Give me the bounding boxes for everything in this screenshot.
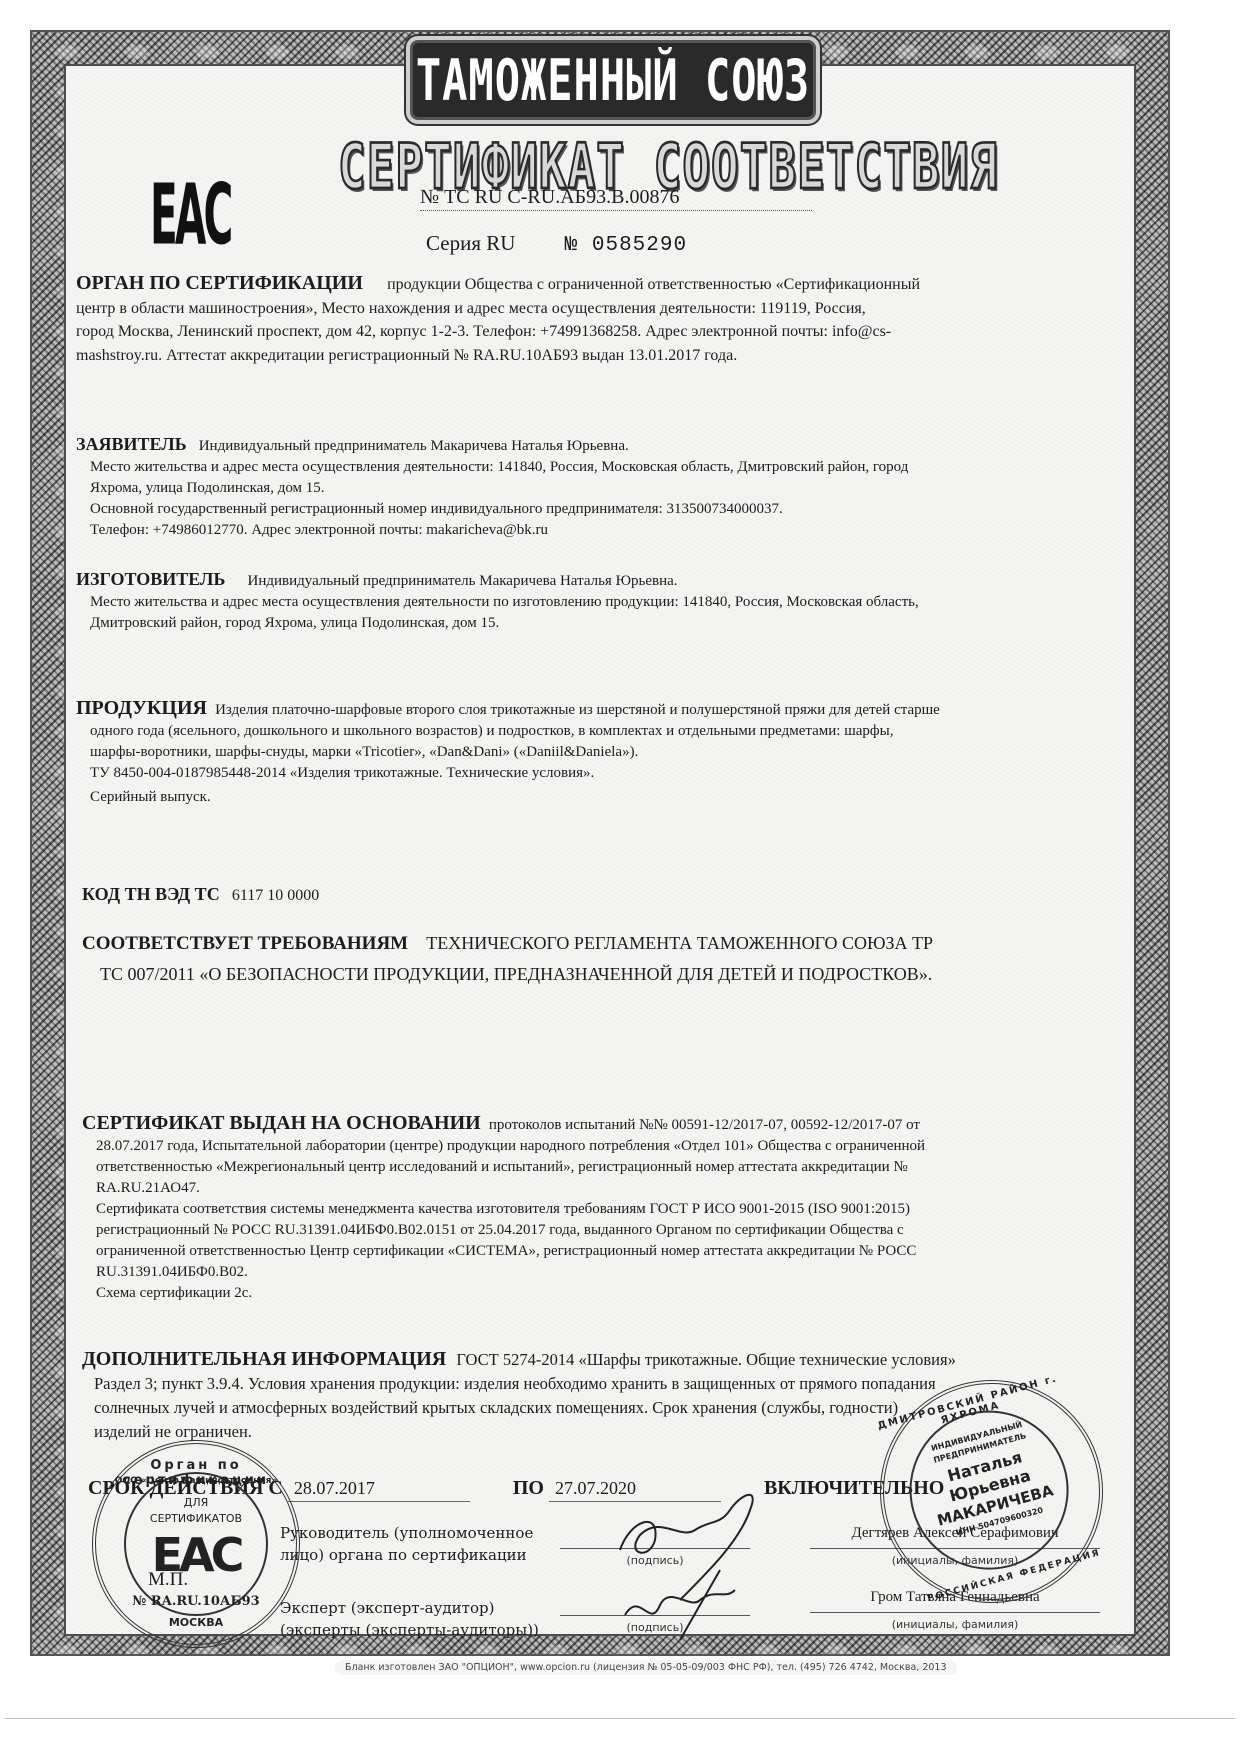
basis-text: регистрационный № РОСС RU.31391.04ИБФ0.В… [82, 1220, 1122, 1241]
applicant-text: Яхрома, улица Подолинская, дом 15. [76, 478, 1116, 499]
basis-text: RA.RU.21АО47. [82, 1178, 1122, 1199]
certification-body-label: ОРГАН ПО СЕРТИФИКАЦИИ [76, 272, 363, 294]
compliance-label: СООТВЕТСТВУЕТ ТРЕБОВАНИЯМ [82, 933, 408, 954]
product-text: Изделия платочно-шарфовые второго слоя т… [215, 702, 940, 718]
expert-label-line: (эксперты (эксперты-аудиторы)) [280, 1619, 539, 1641]
expert-name-field: Гром Татьяна Геннадьевна (инициалы, фами… [810, 1586, 1100, 1636]
expert-label-line: Эксперт (эксперт-аудитор) [280, 1597, 539, 1619]
validity-date-from: 28.07.2017 [288, 1477, 470, 1502]
head-name: Дегтярев Алексей Серафимович [810, 1522, 1100, 1549]
name-caption: (инициалы, фамилия) [810, 1613, 1100, 1637]
validity-inclusive-label: ВКЛЮЧИТЕЛЬНО [764, 1477, 944, 1499]
validity-to-label: ПО [513, 1477, 544, 1499]
basis-label: СЕРТИФИКАТ ВЫДАН НА ОСНОВАНИИ [82, 1112, 481, 1134]
certification-body-text: центр в области машиностроения», Место н… [76, 297, 1116, 321]
series-number: № 0585290 [565, 234, 687, 257]
applicant-text: Основной государственный регистрационный… [76, 499, 1116, 520]
name-caption: (инициалы, фамилия) [810, 1549, 1100, 1573]
series-label: Серия RU [426, 231, 515, 255]
basis-section: СЕРТИФИКАТ ВЫДАН НА ОСНОВАНИИ протоколов… [82, 1113, 1122, 1304]
product-section: ПРОДУКЦИЯ Изделия платочно-шарфовые втор… [76, 697, 1116, 808]
applicant-name: Индивидуальный предприниматель Макаричев… [199, 438, 629, 454]
eac-logo: EAC [150, 165, 231, 264]
product-release-type: Серийный выпуск. [76, 787, 1116, 808]
applicant-section: ЗАЯВИТЕЛЬ Индивидуальный предприниматель… [76, 433, 1116, 541]
manufacturer-label: ИЗГОТОВИТЕЛЬ [76, 569, 225, 589]
compliance-text: ТС 007/2011 «О БЕЗОПАСНОСТИ ПРОДУКЦИИ, П… [82, 959, 1122, 989]
expert-signature-label: Эксперт (эксперт-аудитор) (эксперты (экс… [280, 1597, 539, 1641]
certification-body-text: mashstroy.ru. Аттестат аккредитации реги… [76, 344, 1116, 368]
basis-text: 28.07.2017 года, Испытательной лаборатор… [82, 1136, 1122, 1157]
certificate-number: № ТС RU C-RU.АБ93.В.00876 [420, 186, 812, 211]
manufacturer-name: Индивидуальный предприниматель Макаричев… [248, 573, 678, 589]
additional-info-section: ДОПОЛНИТЕЛЬНАЯ ИНФОРМАЦИЯ ГОСТ 5274-2014… [82, 1347, 1142, 1444]
applicant-text: Место жительства и адрес места осуществл… [76, 457, 1116, 478]
head-label-line: лицо) органа по сертификации [280, 1544, 533, 1566]
basis-text: Сертификата соответствия системы менеджм… [82, 1199, 1122, 1220]
product-text: шарфы-воротники, шарфы-снуды, марки «Tri… [76, 742, 1116, 763]
applicant-text: Телефон: +74986012770. Адрес электронной… [76, 520, 1116, 541]
manufacturer-text: Дмитровский район, город Яхрома, улица П… [76, 613, 1116, 634]
union-banner-text: ТАМОЖЕННЫЙ СОЮЗ [416, 47, 810, 113]
validity-from-label: СРОК ДЕЙСТВИЯ С [88, 1477, 283, 1499]
certification-scheme: Схема сертификации 2с. [82, 1283, 1122, 1304]
tn-ved-section: КОД ТН ВЭД ТС 6117 10 0000 [82, 883, 319, 908]
basis-text: протоколов испытаний №№ 00591-12/2017-07… [489, 1117, 920, 1133]
additional-info-text: солнечных лучей и атмосферных воздействи… [82, 1396, 1142, 1420]
scan-edge-line [5, 1718, 1235, 1719]
applicant-label: ЗАЯВИТЕЛЬ [76, 434, 187, 454]
additional-info-text: ГОСТ 5274-2014 «Шарфы трикотажные. Общие… [456, 1350, 955, 1369]
seal-place-label: М.П. [148, 1568, 188, 1592]
compliance-text: ТЕХНИЧЕСКОГО РЕГЛАМЕНТА ТАМОЖЕННОГО СОЮЗ… [426, 933, 933, 953]
compliance-section: СООТВЕТСТВУЕТ ТРЕБОВАНИЯМ ТЕХНИЧЕСКОГО Р… [82, 928, 1122, 989]
expert-name: Гром Татьяна Геннадьевна [810, 1586, 1100, 1613]
manufacturer-text: Место жительства и адрес места осуществл… [76, 592, 1116, 613]
basis-text: RU.31391.04ИБФ0.В02. [82, 1262, 1122, 1283]
product-text: одного года (ясельного, дошкольного и шк… [76, 721, 1116, 742]
certification-body-section: ОРГАН ПО СЕРТИФИКАЦИИ продукции Общества… [76, 272, 1116, 367]
basis-text: ответственностью «Межрегиональный центр … [82, 1157, 1122, 1178]
head-name-field: Дегтярев Алексей Серафимович (инициалы, … [810, 1522, 1100, 1572]
product-label: ПРОДУКЦИЯ [76, 697, 207, 719]
tn-ved-code: 6117 10 0000 [232, 887, 319, 904]
head-label-line: Руководитель (уполномоченное [280, 1522, 533, 1544]
certification-body-text: продукции Общества с ограниченной ответс… [387, 276, 920, 293]
manufacturer-section: ИЗГОТОВИТЕЛЬ Индивидуальный предпринимат… [76, 568, 1116, 634]
additional-info-text: изделий не ограничен. [82, 1420, 1142, 1444]
additional-info-label: ДОПОЛНИТЕЛЬНАЯ ИНФОРМАЦИЯ [82, 1348, 446, 1370]
customs-union-banner: ТАМОЖЕННЫЙ СОЮЗ [410, 40, 816, 120]
basis-text: ограниченной ответственностью Центр серт… [82, 1241, 1122, 1262]
tn-ved-label: КОД ТН ВЭД ТС [82, 884, 220, 904]
head-signature-label: Руководитель (уполномоченное лицо) орган… [280, 1522, 533, 1566]
printer-note: Бланк изготовлен ЗАО "ОПЦИОН", www.opcio… [335, 1660, 957, 1675]
series-line: Серия RU № 0585290 [426, 231, 687, 257]
additional-info-text: Раздел 3; пункт 3.9.4. Условия хранения … [82, 1372, 1142, 1396]
signature-scribble-icon [600, 1480, 780, 1650]
certification-body-text: город Москва, Ленинский проспект, дом 42… [76, 320, 1116, 344]
product-spec: ТУ 8450-004-0187985448-2014 «Изделия три… [76, 763, 1116, 784]
